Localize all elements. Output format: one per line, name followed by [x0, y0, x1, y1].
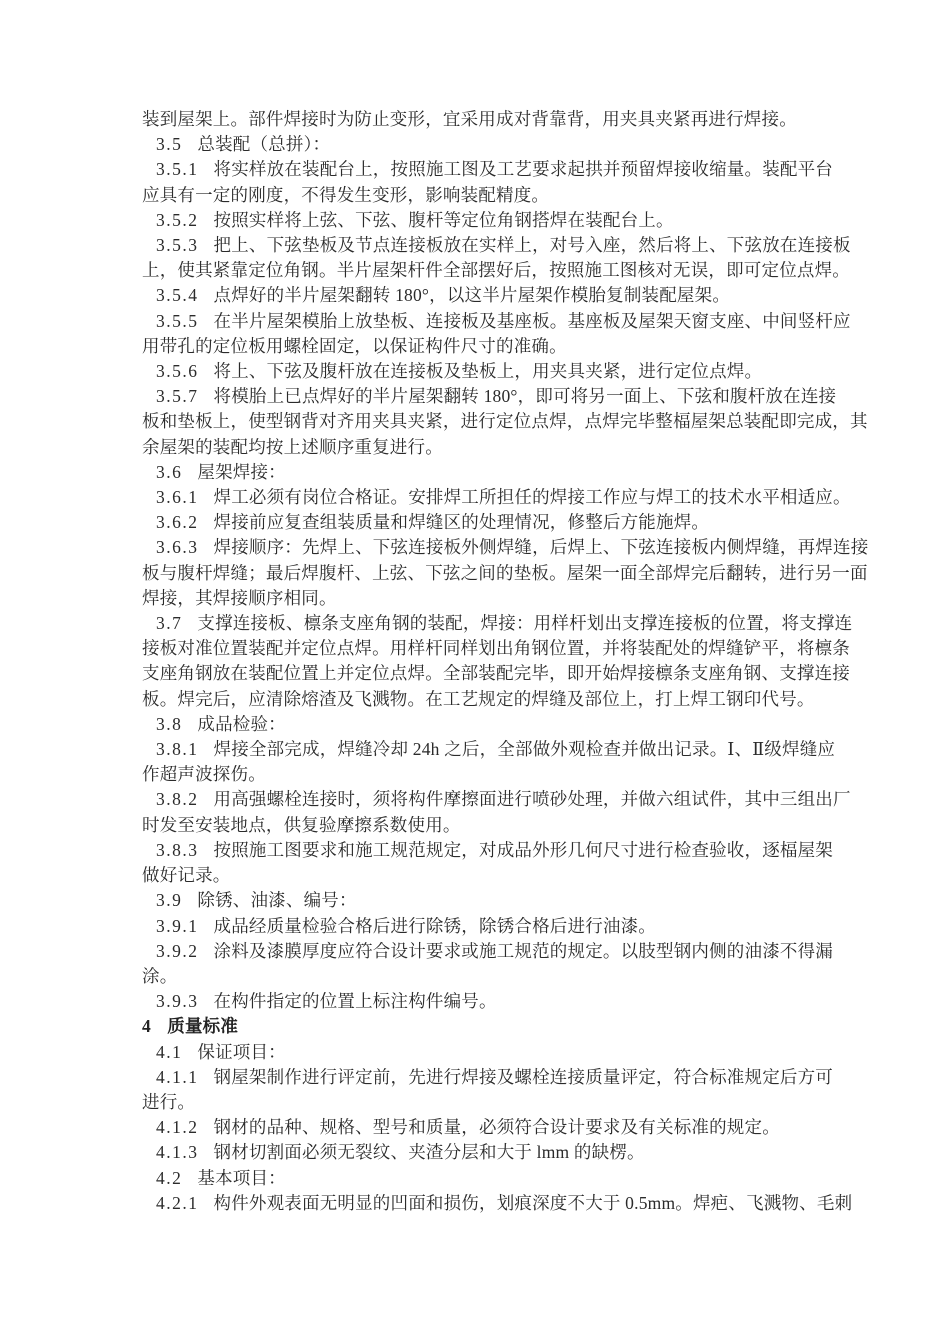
line-text: 余屋架的装配均按上述顺序重复进行。	[142, 437, 443, 457]
line-text: 总装配（总拼）：	[197, 134, 330, 154]
section-number: 4.2.1	[156, 1191, 199, 1216]
doc-line-3-6-3: 3.6.3焊接顺序：先焊上、下弦连接板外侧焊缝，后焊上、下弦连接板内侧焊缝，再焊…	[142, 535, 844, 560]
doc-line-3-7: 3.7支撑连接板、檩条支座角钢的装配，焊接：用样杆划出支撑连接板的位置，将支撑连	[142, 611, 844, 636]
section-number: 3.9.1	[156, 914, 199, 939]
line-text: 上，使其紧靠定位角钢。半片屋架杆件全部摆好后，按照施工图核对无误，即可定位点焊。	[142, 260, 850, 280]
line-text: 焊接，其焊接顺序相同。	[142, 588, 337, 608]
section-number: 3.5.3	[156, 233, 199, 258]
doc-line-3-5-4: 3.5.4点焊好的半片屋架翻转 180°，以这半片屋架作模胎复制装配屋架。	[142, 283, 844, 308]
section-number: 3.6.2	[156, 510, 199, 535]
doc-line-cont-12: 板和垫板上，使型钢背对齐用夹具夹紧，进行定位点焊，点焊完毕整楅屋架总装配即完成，…	[142, 409, 844, 434]
section-number: 3.5.7	[156, 384, 199, 409]
section-number: 4	[142, 1014, 152, 1039]
doc-line-cont-39: 进行。	[142, 1090, 844, 1115]
doc-line-4-1-1: 4.1.1钢屋架制作进行评定前，先进行焊接及螺栓连接质量评定，符合标准规定后方可	[142, 1065, 844, 1090]
line-text: 焊接全部完成，焊缝冷却 24h 之后，全部做外观检查并做出记录。Ⅰ、Ⅱ级焊缝应	[214, 739, 836, 759]
doc-line-3-9-1: 3.9.1成品经质量检验合格后进行除锈，除锈合格后进行油漆。	[142, 914, 844, 939]
section-number: 3.6.1	[156, 485, 199, 510]
section-number: 3.5.4	[156, 283, 199, 308]
line-text: 装到屋架上。部件焊接时为防止变形，宜采用成对背靠背，用夹具夹紧再进行焊接。	[142, 109, 797, 129]
doc-line-3-5-7: 3.5.7将模胎上已点焊好的半片屋架翻转 180°，即可将另一面上、下弦和腹杆放…	[142, 384, 844, 409]
line-text: 作超声波探伤。	[142, 764, 266, 784]
doc-line-3-9-2: 3.9.2涂料及漆膜厚度应符合设计要求或施工规范的规定。以肢型钢内侧的油漆不得漏	[142, 939, 844, 964]
doc-line-cont-0: 装到屋架上。部件焊接时为防止变形，宜采用成对背靠背，用夹具夹紧再进行焊接。	[142, 107, 844, 132]
section-number: 4.1.1	[156, 1065, 199, 1090]
doc-line-cont-6: 上，使其紧靠定位角钢。半片屋架杆件全部摆好后，按照施工图核对无误，即可定位点焊。	[142, 258, 844, 283]
doc-line-3-5: 3.5总装配（总拼）：	[142, 132, 844, 157]
line-text: 板和垫板上，使型钢背对齐用夹具夹紧，进行定位点焊，点焊完毕整楅屋架总装配即完成，…	[142, 411, 868, 431]
doc-line-3-5-3: 3.5.3把上、下弦垫板及节点连接板放在实样上，对号入座，然后将上、下弦放在连接…	[142, 233, 844, 258]
line-text: 点焊好的半片屋架翻转 180°，以这半片屋架作模胎复制装配屋架。	[214, 285, 731, 305]
doc-line-3-5-2: 3.5.2按照实样将上弦、下弦、腹杆等定位角钢搭焊在装配台上。	[142, 208, 844, 233]
line-text: 焊接前应复查组装质量和焊缝区的处理情况，修整后方能施焊。	[214, 512, 710, 532]
line-text: 在构件指定的位置上标注构件编号。	[214, 991, 497, 1011]
line-text: 将上、下弦及腹杆放在连接板及垫板上，用夹具夹紧，进行定位点焊。	[214, 361, 763, 381]
line-text: 涂。	[142, 966, 177, 986]
section-number: 3.5.1	[156, 157, 199, 182]
line-text: 焊接顺序：先焊上、下弦连接板外侧焊缝，后焊上、下弦连接板内侧焊缝，再焊连接	[214, 537, 869, 557]
section-number: 4.2	[156, 1166, 182, 1191]
line-text: 板与腹杆焊缝；最后焊腹杆、上弦、下弦之间的垫板。屋架一面全部焊完后翻转，进行另一…	[142, 563, 868, 583]
doc-line-cont-30: 做好记录。	[142, 863, 844, 888]
line-text: 用带孔的定位板用螺栓固定，以保证构件尺寸的准确。	[142, 336, 567, 356]
doc-line-cont-19: 焊接，其焊接顺序相同。	[142, 586, 844, 611]
line-text: 时发至安装地点，供复验摩擦系数使用。	[142, 815, 461, 835]
doc-line-3-8-2: 3.8.2用高强螺栓连接时，须将构件摩擦面进行喷砂处理，并做六组试件，其中三组出…	[142, 787, 844, 812]
doc-line-3-8-1: 3.8.1焊接全部完成，焊缝冷却 24h 之后，全部做外观检查并做出记录。Ⅰ、Ⅱ…	[142, 737, 844, 762]
doc-line-4-1-2: 4.1.2钢材的品种、规格、型号和质量，必须符合设计要求及有关标准的规定。	[142, 1115, 844, 1140]
section-number: 3.9.3	[156, 989, 199, 1014]
line-text: 支撑连接板、檩条支座角钢的装配，焊接：用样杆划出支撑连接板的位置，将支撑连	[197, 613, 852, 633]
section-number: 3.9	[156, 888, 182, 913]
doc-line-4: 4质量标准	[142, 1014, 844, 1039]
line-text: 保证项目：	[197, 1042, 286, 1062]
line-text: 除锈、油漆、编号：	[197, 890, 356, 910]
doc-line-3-8-3: 3.8.3按照施工图要求和施工规范规定，对成品外形几何尺寸进行检查验收，逐楅屋架	[142, 838, 844, 863]
section-number: 3.6.3	[156, 535, 199, 560]
doc-line-3-9: 3.9除锈、油漆、编号：	[142, 888, 844, 913]
doc-line-3-6-2: 3.6.2焊接前应复查组装质量和焊缝区的处理情况，修整后方能施焊。	[142, 510, 844, 535]
line-text: 应具有一定的刚度，不得发生变形，影响装配精度。	[142, 185, 549, 205]
doc-line-3-5-6: 3.5.6将上、下弦及腹杆放在连接板及垫板上，用夹具夹紧，进行定位点焊。	[142, 359, 844, 384]
line-text: 钢屋架制作进行评定前，先进行焊接及螺栓连接质量评定，符合标准规定后方可	[214, 1067, 834, 1087]
line-text: 将实样放在装配台上，按照施工图及工艺要求起拱并预留焊接收缩量。装配平台	[214, 159, 834, 179]
doc-line-4-2: 4.2基本项目：	[142, 1166, 844, 1191]
doc-line-cont-22: 支座角钢放在装配位置上并定位点焊。全部装配完毕，即开始焊接檩条支座角钢、支撑连接	[142, 661, 844, 686]
section-number: 3.5.2	[156, 208, 199, 233]
section-number: 3.8	[156, 712, 182, 737]
section-number: 3.5.5	[156, 309, 199, 334]
doc-line-3-9-3: 3.9.3在构件指定的位置上标注构件编号。	[142, 989, 844, 1014]
line-text: 构件外观表面无明显的凹面和损伤，划痕深度不大于 0.5mm。焊疤、飞溅物、毛刺	[214, 1193, 853, 1213]
section-number: 3.8.3	[156, 838, 199, 863]
line-text: 把上、下弦垫板及节点连接板放在实样上，对号入座，然后将上、下弦放在连接板	[214, 235, 851, 255]
line-text: 用高强螺栓连接时，须将构件摩擦面进行喷砂处理，并做六组试件，其中三组出厂	[214, 789, 851, 809]
line-text: 支座角钢放在装配位置上并定位点焊。全部装配完毕，即开始焊接檩条支座角钢、支撑连接	[142, 663, 850, 683]
line-text: 成品经质量检验合格后进行除锈，除锈合格后进行油漆。	[214, 916, 657, 936]
line-text: 焊工必须有岗位合格证。安排焊工所担任的焊接工作应与焊工的技术水平相适应。	[214, 487, 851, 507]
section-number: 3.5.6	[156, 359, 199, 384]
doc-line-4-2-1: 4.2.1构件外观表面无明显的凹面和损伤，划痕深度不大于 0.5mm。焊疤、飞溅…	[142, 1191, 844, 1216]
doc-line-4-1: 4.1保证项目：	[142, 1040, 844, 1065]
section-number: 3.8.2	[156, 787, 199, 812]
section-number: 4.1.2	[156, 1115, 199, 1140]
line-text: 质量标准	[167, 1016, 238, 1036]
doc-line-3-6-1: 3.6.1焊工必须有岗位合格证。安排焊工所担任的焊接工作应与焊工的技术水平相适应…	[142, 485, 844, 510]
line-text: 将模胎上已点焊好的半片屋架翻转 180°，即可将另一面上、下弦和腹杆放在连接	[214, 386, 837, 406]
line-text: 在半片屋架模胎上放垫板、连接板及基座板。基座板及屋架天窗支座、中间竖杆应	[214, 311, 851, 331]
line-text: 基本项目：	[197, 1168, 286, 1188]
doc-line-3-5-5: 3.5.5在半片屋架模胎上放垫板、连接板及基座板。基座板及屋架天窗支座、中间竖杆…	[142, 309, 844, 334]
document-page: 装到屋架上。部件焊接时为防止变形，宜采用成对背靠背，用夹具夹紧再进行焊接。3.5…	[0, 0, 950, 1344]
doc-line-cont-23: 板。焊完后，应清除熔渣及飞溅物。在工艺规定的焊缝及部位上，打上焊工钢印代号。	[142, 687, 844, 712]
line-text: 按照施工图要求和施工规范规定，对成品外形几何尺寸进行检查验收，逐楅屋架	[214, 840, 834, 860]
doc-line-cont-26: 作超声波探伤。	[142, 762, 844, 787]
line-text: 涂料及漆膜厚度应符合设计要求或施工规范的规定。以肢型钢内侧的油漆不得漏	[214, 941, 834, 961]
section-number: 4.1.3	[156, 1140, 199, 1165]
doc-line-cont-3: 应具有一定的刚度，不得发生变形，影响装配精度。	[142, 183, 844, 208]
line-text: 板。焊完后，应清除熔渣及飞溅物。在工艺规定的焊缝及部位上，打上焊工钢印代号。	[142, 689, 815, 709]
line-text: 接板对准位置装配并定位点焊。用样杆同样划出角钢位置，并将装配处的焊缝铲平，将檩条	[142, 638, 850, 658]
doc-line-cont-28: 时发至安装地点，供复验摩擦系数使用。	[142, 813, 844, 838]
doc-line-3-6: 3.6屋架焊接：	[142, 460, 844, 485]
doc-line-cont-18: 板与腹杆焊缝；最后焊腹杆、上弦、下弦之间的垫板。屋架一面全部焊完后翻转，进行另一…	[142, 561, 844, 586]
section-number: 3.5	[156, 132, 182, 157]
doc-line-cont-34: 涂。	[142, 964, 844, 989]
line-text: 屋架焊接：	[197, 462, 286, 482]
doc-line-cont-9: 用带孔的定位板用螺栓固定，以保证构件尺寸的准确。	[142, 334, 844, 359]
section-number: 3.6	[156, 460, 182, 485]
doc-line-3-8: 3.8成品检验：	[142, 712, 844, 737]
line-text: 成品检验：	[197, 714, 286, 734]
line-text: 钢材切割面必须无裂纹、夹渣分层和大于 lmm 的缺楞。	[214, 1142, 645, 1162]
line-text: 钢材的品种、规格、型号和质量，必须符合设计要求及有关标准的规定。	[214, 1117, 780, 1137]
section-number: 3.7	[156, 611, 182, 636]
line-text: 进行。	[142, 1092, 195, 1112]
doc-line-cont-21: 接板对准位置装配并定位点焊。用样杆同样划出角钢位置，并将装配处的焊缝铲平，将檩条	[142, 636, 844, 661]
doc-line-4-1-3: 4.1.3钢材切割面必须无裂纹、夹渣分层和大于 lmm 的缺楞。	[142, 1140, 844, 1165]
line-text: 做好记录。	[142, 865, 231, 885]
section-number: 4.1	[156, 1040, 182, 1065]
section-number: 3.8.1	[156, 737, 199, 762]
doc-line-cont-13: 余屋架的装配均按上述顺序重复进行。	[142, 435, 844, 460]
line-text: 按照实样将上弦、下弦、腹杆等定位角钢搭焊在装配台上。	[214, 210, 674, 230]
section-number: 3.9.2	[156, 939, 199, 964]
doc-line-3-5-1: 3.5.1将实样放在装配台上，按照施工图及工艺要求起拱并预留焊接收缩量。装配平台	[142, 157, 844, 182]
